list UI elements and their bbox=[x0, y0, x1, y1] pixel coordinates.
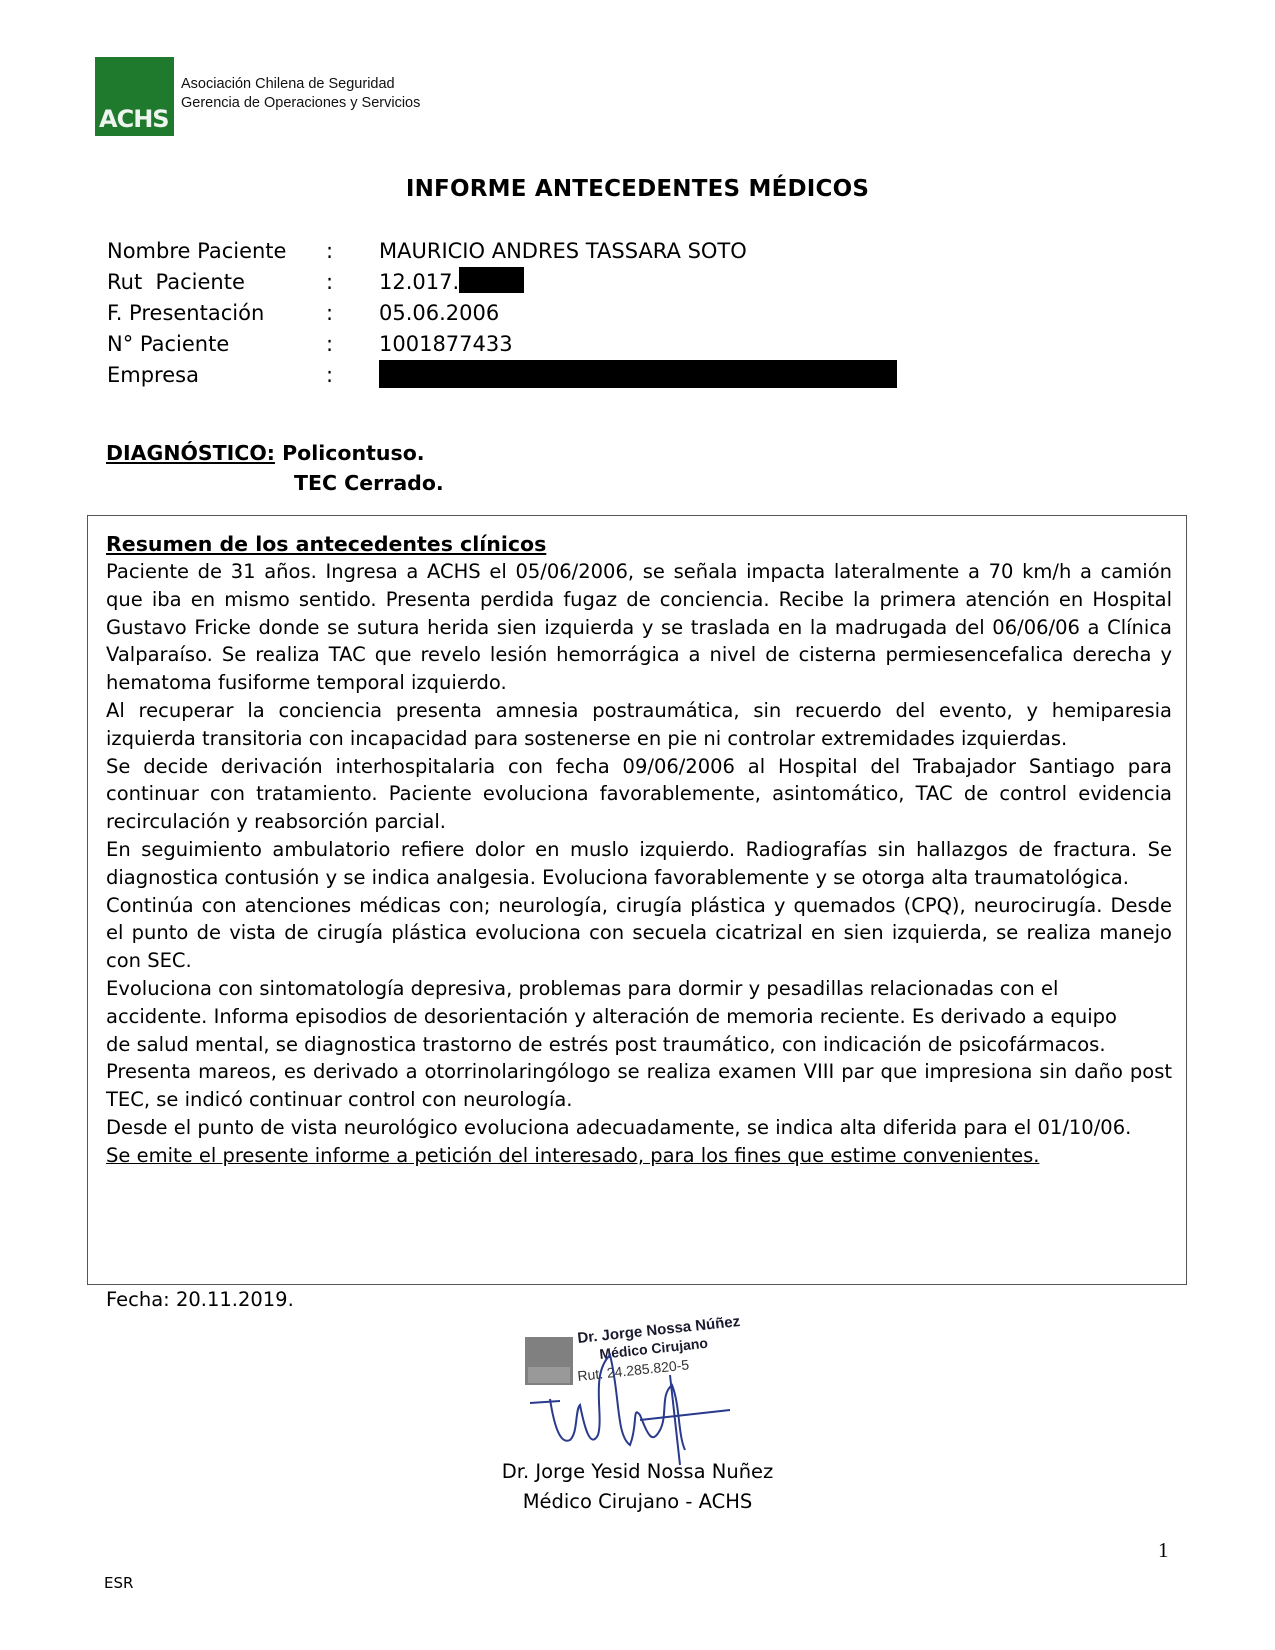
summary-paragraph: Al recuperar la conciencia presenta amne… bbox=[106, 697, 1172, 753]
presentation-date-row: F. Presentación : 05.06.2006 bbox=[107, 298, 897, 329]
logo-text: ACHS bbox=[99, 105, 169, 133]
diagnosis-item: TEC Cerrado. bbox=[294, 468, 444, 498]
report-date: Fecha: 20.11.2019. bbox=[106, 1288, 294, 1311]
field-colon: : bbox=[326, 298, 379, 329]
patient-rut-value: 12.017. bbox=[379, 270, 459, 294]
summary-paragraph: En seguimiento ambulatorio refiere dolor… bbox=[106, 836, 1172, 892]
diagnosis-label: DIAGNÓSTICO: bbox=[106, 438, 275, 468]
summary-paragraph: Desde el punto de vista neurológico evol… bbox=[106, 1114, 1172, 1142]
diagnosis-row: TEC Cerrado. bbox=[106, 468, 444, 498]
clinical-summary-box: Resumen de los antecedentes clínicos Pac… bbox=[87, 515, 1187, 1285]
presentation-date-value: 05.06.2006 bbox=[379, 298, 499, 329]
org-line-2: Gerencia de Operaciones y Servicios bbox=[181, 94, 420, 113]
field-label: N° Paciente bbox=[107, 329, 326, 360]
summary-paragraph: Continúa con atenciones médicas con; neu… bbox=[106, 892, 1172, 975]
company-row: Empresa : bbox=[107, 360, 897, 391]
signer-title: Médico Cirujano - ACHS bbox=[0, 1490, 1275, 1513]
field-label: F. Presentación bbox=[107, 298, 326, 329]
redaction-bar bbox=[459, 267, 524, 293]
diagnosis-item: Policontuso. bbox=[282, 438, 424, 468]
doctor-stamp-signature: Dr. Jorge Nossa Núñez Médico Cirujano Ru… bbox=[520, 1315, 760, 1475]
svg-text:Rut. 24.285.820-5: Rut. 24.285.820-5 bbox=[577, 1356, 690, 1384]
diagnosis: DIAGNÓSTICO: Policontuso. TEC Cerrado. bbox=[106, 438, 444, 498]
patient-rut-row: Rut Paciente : 12.017. bbox=[107, 267, 897, 298]
field-colon: : bbox=[326, 360, 379, 391]
patient-info: Nombre Paciente : MAURICIO ANDRES TASSAR… bbox=[107, 236, 897, 391]
summary-paragraph: Presenta mareos, es derivado a otorrinol… bbox=[106, 1058, 1172, 1114]
patient-number-row: N° Paciente : 1001877433 bbox=[107, 329, 897, 360]
summary-paragraph: Paciente de 31 años. Ingresa a ACHS el 0… bbox=[106, 558, 1172, 697]
field-colon: : bbox=[326, 329, 379, 360]
field-colon: : bbox=[326, 267, 379, 298]
footer-initials: ESR bbox=[104, 1574, 133, 1592]
field-label: Rut Paciente bbox=[107, 267, 326, 298]
patient-rut-field: 12.017. bbox=[379, 267, 524, 298]
patient-name-row: Nombre Paciente : MAURICIO ANDRES TASSAR… bbox=[107, 236, 897, 267]
summary-paragraph: Evoluciona con sintomatología depresiva,… bbox=[106, 975, 1172, 1058]
diagnosis-row: DIAGNÓSTICO: Policontuso. bbox=[106, 438, 444, 468]
signer-name: Dr. Jorge Yesid Nossa Nuñez bbox=[0, 1460, 1275, 1483]
patient-number-value: 1001877433 bbox=[379, 329, 513, 360]
organization-name: Asociación Chilena de Seguridad Gerencia… bbox=[181, 75, 420, 113]
field-label: Nombre Paciente bbox=[107, 236, 326, 267]
page-number: 1 bbox=[1158, 1538, 1169, 1563]
summary-title: Resumen de los antecedentes clínicos bbox=[106, 530, 1172, 558]
summary-paragraph: Se decide derivación interhospitalaria c… bbox=[106, 753, 1172, 836]
org-line-1: Asociación Chilena de Seguridad bbox=[181, 75, 420, 94]
clinical-summary-content: Resumen de los antecedentes clínicos Pac… bbox=[106, 530, 1172, 1170]
achs-logo: ACHS bbox=[95, 57, 174, 136]
patient-name-value: MAURICIO ANDRES TASSARA SOTO bbox=[379, 236, 747, 267]
document-title: INFORME ANTECEDENTES MÉDICOS bbox=[0, 176, 1275, 202]
redaction-bar bbox=[379, 360, 897, 388]
indent-spacer bbox=[106, 468, 294, 498]
signature-icon: Dr. Jorge Nossa Núñez Médico Cirujano Ru… bbox=[520, 1315, 760, 1475]
field-label: Empresa bbox=[107, 360, 326, 391]
summary-closing: Se emite el presente informe a petición … bbox=[106, 1142, 1172, 1170]
company-field bbox=[379, 360, 897, 391]
field-colon: : bbox=[326, 236, 379, 267]
